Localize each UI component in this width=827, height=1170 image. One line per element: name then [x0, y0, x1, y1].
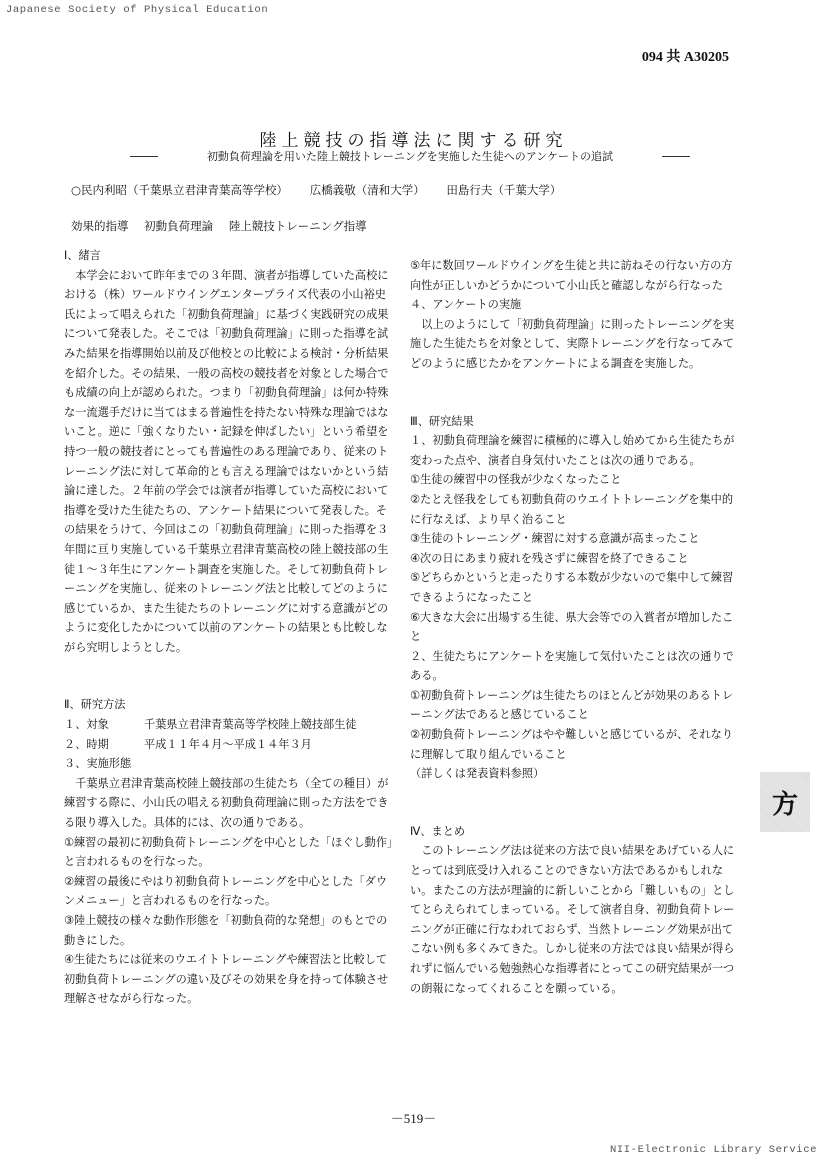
period-label: ２、時期	[64, 735, 144, 755]
dash-left	[130, 156, 158, 157]
side-index-tab: 方	[760, 772, 810, 832]
method-item: ⑤年に数回ワールドウイングを生徒と共に訪ねその行ない方の方向性が正しいかどうかに…	[410, 256, 743, 295]
form-heading: ３、実施形態	[64, 754, 397, 774]
paper-subtitle: 初動負荷理論を用いた陸上競技トレーニングを実施した生徒へのアンケートの追試	[130, 148, 690, 164]
left-column: Ⅰ、緒言 本学会において昨年までの３年間、演者が指導していた高校における（株）ワ…	[64, 246, 397, 1009]
survey-body: 以上のようにして「初動負荷理論」に則ったトレーニングを実施した生徒たちを対象とし…	[410, 315, 743, 374]
method-item: ③陸上競技の様々な動作形態を「初動負荷的な発想」のもとでの動きにした。	[64, 911, 397, 950]
result-item: ①初動負荷トレーニングは生徒たちのほとんどが効果のあるトレーニング法であると感じ…	[410, 686, 743, 725]
author: 広橋義敬（清和大学）	[310, 183, 425, 197]
page-number: －519－	[0, 1108, 827, 1127]
result-item: ⑤どちらかというと走ったりする本数が少ないので集中して練習できるようになったこと	[410, 568, 743, 607]
keyword: 初動負荷理論	[144, 219, 213, 233]
right-column: ⑤年に数回ワールドウイングを生徒と共に訪ねその行ない方の方向性が正しいかどうかに…	[410, 256, 743, 998]
method-period: ２、時期 平成１１年４月～平成１４年３月	[64, 735, 397, 755]
subtitle-text: 初動負荷理論を用いた陸上競技トレーニングを実施した生徒へのアンケートの追試	[207, 148, 613, 164]
method-item: ④生徒たちには従来のウエイトトレーニングや練習法と比較して初動負荷トレーニングの…	[64, 950, 397, 1009]
result-item: ⑥大きな大会に出場する生徒、県大会等での入賞者が増加したこと	[410, 608, 743, 647]
section-heading-summary: Ⅳ、まとめ	[410, 822, 743, 842]
author-list: ○民内利昭（千葉県立君津青葉高等学校） 広橋義敬（清和大学） 田島行夫（千葉大学…	[71, 182, 579, 198]
dash-right	[662, 156, 690, 157]
results-note: （詳しくは発表資料参照）	[410, 764, 743, 784]
result-item: ①生徒の練習中の怪我が少なくなったこと	[410, 470, 743, 490]
method-item: ①練習の最初に初動負荷トレーニングを中心とした「ほぐし動作」と言われるものを行な…	[64, 833, 397, 872]
method-item: ②練習の最後にやはり初動負荷トレーニングを中心とした「ダウンメニュー」と言われる…	[64, 872, 397, 911]
keyword-list: 効果的指導 初動負荷理論 陸上競技トレーニング指導	[71, 218, 379, 234]
author: 田島行夫（千葉大学）	[446, 183, 561, 197]
intro-body: 本学会において昨年までの３年間、演者が指導していた高校における（株）ワールドウイ…	[64, 266, 397, 658]
summary-body: このトレーニング法は従来の方法で良い結果をあげている人にとっては到底受け入れるこ…	[410, 841, 743, 998]
society-header: Japanese Society of Physical Education	[6, 4, 268, 16]
result-item: ②たとえ怪我をしても初動負荷のウエイトトレーニングを集中的に行なえば、より早く治…	[410, 490, 743, 529]
period-value: 平成１１年４月～平成１４年３月	[144, 735, 312, 755]
subject-value: 千葉県立君津青葉高等学校陸上競技部生徒	[144, 715, 357, 735]
subject-label: １、対象	[64, 715, 144, 735]
results-part2-intro: ２、生徒たちにアンケートを実施して気付いたことは次の通りである。	[410, 647, 743, 686]
section-heading-method: Ⅱ、研究方法	[64, 695, 397, 715]
keyword: 効果的指導	[71, 219, 129, 233]
result-item: ③生徒のトレーニング・練習に対する意識が高まったこと	[410, 529, 743, 549]
results-part1-intro: １、初動負荷理論を練習に積極的に導入し始めてから生徒たちが変わった点や、演者自身…	[410, 431, 743, 470]
section-heading-intro: Ⅰ、緒言	[64, 246, 397, 266]
section-heading-results: Ⅲ、研究結果	[410, 412, 743, 432]
library-service-footer: NII-Electronic Library Service	[610, 1144, 817, 1156]
form-body: 千葉県立君津青葉高校陸上競技部の生徒たち（全ての種目）が練習する際に、小山氏の唱…	[64, 774, 397, 833]
paper-code: 094 共 A30205	[642, 46, 729, 66]
result-item: ②初動負荷トレーニングはやや難しいと感じているが、それなりに理解して取り組んでい…	[410, 725, 743, 764]
result-item: ④次の日にあまり疲れを残さずに練習を終了できること	[410, 549, 743, 569]
author: ○民内利昭（千葉県立君津青葉高等学校）	[71, 183, 288, 197]
method-subject: １、対象 千葉県立君津青葉高等学校陸上競技部生徒	[64, 715, 397, 735]
keyword: 陸上競技トレーニング指導	[229, 219, 367, 233]
survey-heading: ４、アンケートの実施	[410, 295, 743, 315]
